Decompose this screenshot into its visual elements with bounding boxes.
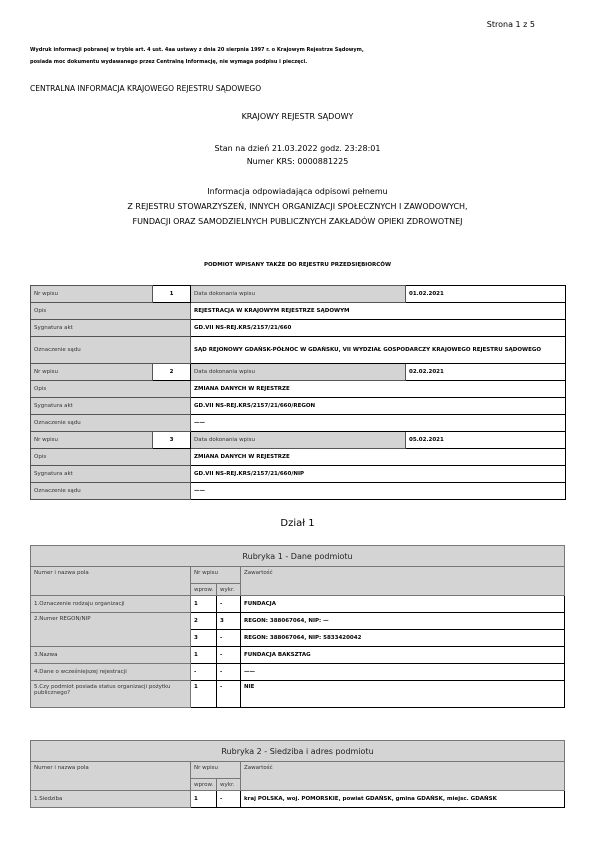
register-title: KRAJOWY REJESTR SĄDOWY <box>0 112 595 121</box>
field-value: REGON: 388067064, NIP: 5833420042 <box>241 630 565 647</box>
institution-name: CENTRALNA INFORMACJA KRAJOWEGO REJESTRU … <box>30 84 261 93</box>
entry-row: Oznaczenie sądu—— <box>31 483 566 500</box>
entry-introduced: - <box>191 664 217 681</box>
entry-introduced: 3 <box>191 630 217 647</box>
rubryka-title: Rubryka 2 - Siedziba i adres podmiotu <box>31 741 565 762</box>
field-row: 2.Numer REGON/NIP23REGON: 388067064, NIP… <box>31 613 565 630</box>
entry-row: Oznaczenie sądu—— <box>31 415 566 432</box>
col-content-header: Zawartość <box>241 762 565 791</box>
entry-description-label: Opis <box>31 449 191 466</box>
field-name: 1.Siedziba <box>31 791 191 808</box>
entry-case-number-label: Sygnatura akt <box>31 320 191 337</box>
field-name: 1.Oznaczenie rodzaju organizacji <box>31 596 191 613</box>
entry-header-row: Nr wpisu2Data dokonania wpisu02.02.2021 <box>31 364 566 381</box>
field-name: 3.Nazwa <box>31 647 191 664</box>
also-registered-note: PODMIOT WPISANY TAKŻE DO REJESTRU PRZEDS… <box>0 262 595 268</box>
entry-description-label: Opis <box>31 381 191 398</box>
entry-court-value: —— <box>191 415 566 432</box>
section-title: Dział 1 <box>0 518 595 529</box>
entry-header-row: Nr wpisu1Data dokonania wpisu01.02.2021 <box>31 286 566 303</box>
entry-description-value: ZMIANA DANYCH W REJESTRZE <box>191 381 566 398</box>
entry-description-label: Opis <box>31 303 191 320</box>
entry-introduced: 1 <box>191 647 217 664</box>
col-field-header: Numer i nazwa pola <box>31 762 191 791</box>
col-wprow-header: wprow. <box>191 584 217 596</box>
col-field-header: Numer i nazwa pola <box>31 567 191 596</box>
entry-case-number-value: GD.VII NS-REJ.KRS/2157/21/660/REGON <box>191 398 566 415</box>
legal-notice: Wydruk informacji pobranej w trybie art.… <box>30 44 470 68</box>
entry-row: Sygnatura aktGD.VII NS-REJ.KRS/2157/21/6… <box>31 320 566 337</box>
entry-row: Oznaczenie sąduSĄD REJONOWY GDAŃSK-PÓŁNO… <box>31 337 566 364</box>
entry-row: OpisZMIANA DANYCH W REJESTRZE <box>31 449 566 466</box>
entry-nr-value: 1 <box>153 286 191 303</box>
page-indicator: Strona 1 z 5 <box>487 20 535 29</box>
entry-court-label: Oznaczenie sądu <box>31 483 191 500</box>
entry-court-label: Oznaczenie sądu <box>31 415 191 432</box>
col-nr-header: Nr wpisu <box>191 762 241 779</box>
entry-removed: 3 <box>217 613 241 630</box>
entry-nr-value: 2 <box>153 364 191 381</box>
field-row: 5.Czy podmiot posiada status organizacji… <box>31 681 565 708</box>
entry-date-value: 02.02.2021 <box>406 364 566 381</box>
entries-table: Nr wpisu1Data dokonania wpisu01.02.2021O… <box>30 285 566 500</box>
col-wykr-header: wykr. <box>217 584 241 596</box>
entry-nr-label: Nr wpisu <box>31 432 153 449</box>
legal-notice-line: posiada moc dokumentu wydawanego przez C… <box>30 56 470 68</box>
entry-date-label: Data dokonania wpisu <box>191 364 406 381</box>
field-row: 1.Oznaczenie rodzaju organizacji1-FUNDAC… <box>31 596 565 613</box>
rubryka-2-table: Rubryka 2 - Siedziba i adres podmiotu Nu… <box>30 740 565 808</box>
field-name: 5.Czy podmiot posiada status organizacji… <box>31 681 191 708</box>
field-value: REGON: 388067064, NIP: — <box>241 613 565 630</box>
field-value: NIE <box>241 681 565 708</box>
field-value: kraj POLSKA, woj. POMORSKIE, powiat GDAŃ… <box>241 791 565 808</box>
entry-nr-label: Nr wpisu <box>31 286 153 303</box>
col-content-header: Zawartość <box>241 567 565 596</box>
col-wykr-header: wykr. <box>217 779 241 791</box>
entry-nr-label: Nr wpisu <box>31 364 153 381</box>
entry-case-number-label: Sygnatura akt <box>31 466 191 483</box>
info-line: Informacja odpowiadająca odpisowi pełnem… <box>0 187 595 196</box>
entry-header-row: Nr wpisu3Data dokonania wpisu05.02.2021 <box>31 432 566 449</box>
field-row: 4.Dane o wcześniejszej rejestracji--—— <box>31 664 565 681</box>
field-name: 2.Numer REGON/NIP <box>31 613 191 647</box>
entry-removed: - <box>217 596 241 613</box>
rubryka-1-table: Rubryka 1 - Dane podmiotu Numer i nazwa … <box>30 545 565 708</box>
entry-introduced: 2 <box>191 613 217 630</box>
entry-row: Sygnatura aktGD.VII NS-REJ.KRS/2157/21/6… <box>31 398 566 415</box>
entry-row: Sygnatura aktGD.VII NS-REJ.KRS/2157/21/6… <box>31 466 566 483</box>
entry-case-number-value: GD.VII NS-REJ.KRS/2157/21/660/NIP <box>191 466 566 483</box>
entry-nr-value: 3 <box>153 432 191 449</box>
info-line: FUNDACJI ORAZ SAMODZIELNYCH PUBLICZNYCH … <box>0 217 595 226</box>
entry-date-value: 01.02.2021 <box>406 286 566 303</box>
entry-removed: - <box>217 681 241 708</box>
field-row: 3.Nazwa1-FUNDACJA BAKSZTAG <box>31 647 565 664</box>
col-nr-header: Nr wpisu <box>191 567 241 584</box>
info-line: Z REJESTRU STOWARZYSZEŃ, INNYCH ORGANIZA… <box>0 202 595 211</box>
entry-date-label: Data dokonania wpisu <box>191 432 406 449</box>
entry-case-number-label: Sygnatura akt <box>31 398 191 415</box>
entry-description-value: REJESTRACJA W KRAJOWYM REJESTRZE SĄDOWYM <box>191 303 566 320</box>
field-row: 1.Siedziba1-kraj POLSKA, woj. POMORSKIE,… <box>31 791 565 808</box>
entry-removed: - <box>217 647 241 664</box>
legal-notice-line: Wydruk informacji pobranej w trybie art.… <box>30 44 470 56</box>
entry-description-value: ZMIANA DANYCH W REJESTRZE <box>191 449 566 466</box>
field-value: FUNDACJA <box>241 596 565 613</box>
entry-introduced: 1 <box>191 596 217 613</box>
field-value: FUNDACJA BAKSZTAG <box>241 647 565 664</box>
krs-number: Numer KRS: 0000881225 <box>0 157 595 166</box>
field-value: —— <box>241 664 565 681</box>
entry-date-value: 05.02.2021 <box>406 432 566 449</box>
rubryka-title: Rubryka 1 - Dane podmiotu <box>31 546 565 567</box>
entry-date-label: Data dokonania wpisu <box>191 286 406 303</box>
entry-row: OpisREJESTRACJA W KRAJOWYM REJESTRZE SĄD… <box>31 303 566 320</box>
entry-case-number-value: GD.VII NS-REJ.KRS/2157/21/660 <box>191 320 566 337</box>
entry-row: OpisZMIANA DANYCH W REJESTRZE <box>31 381 566 398</box>
field-name: 4.Dane o wcześniejszej rejestracji <box>31 664 191 681</box>
col-wprow-header: wprow. <box>191 779 217 791</box>
state-date: Stan na dzień 21.03.2022 godz. 23:28:01 <box>0 144 595 153</box>
entry-court-value: —— <box>191 483 566 500</box>
entry-removed: - <box>217 630 241 647</box>
entry-introduced: 1 <box>191 681 217 708</box>
entry-removed: - <box>217 791 241 808</box>
entry-court-value: SĄD REJONOWY GDAŃSK-PÓŁNOC W GDAŃSKU, VI… <box>191 337 566 364</box>
entry-court-label: Oznaczenie sądu <box>31 337 191 364</box>
entry-removed: - <box>217 664 241 681</box>
entry-introduced: 1 <box>191 791 217 808</box>
